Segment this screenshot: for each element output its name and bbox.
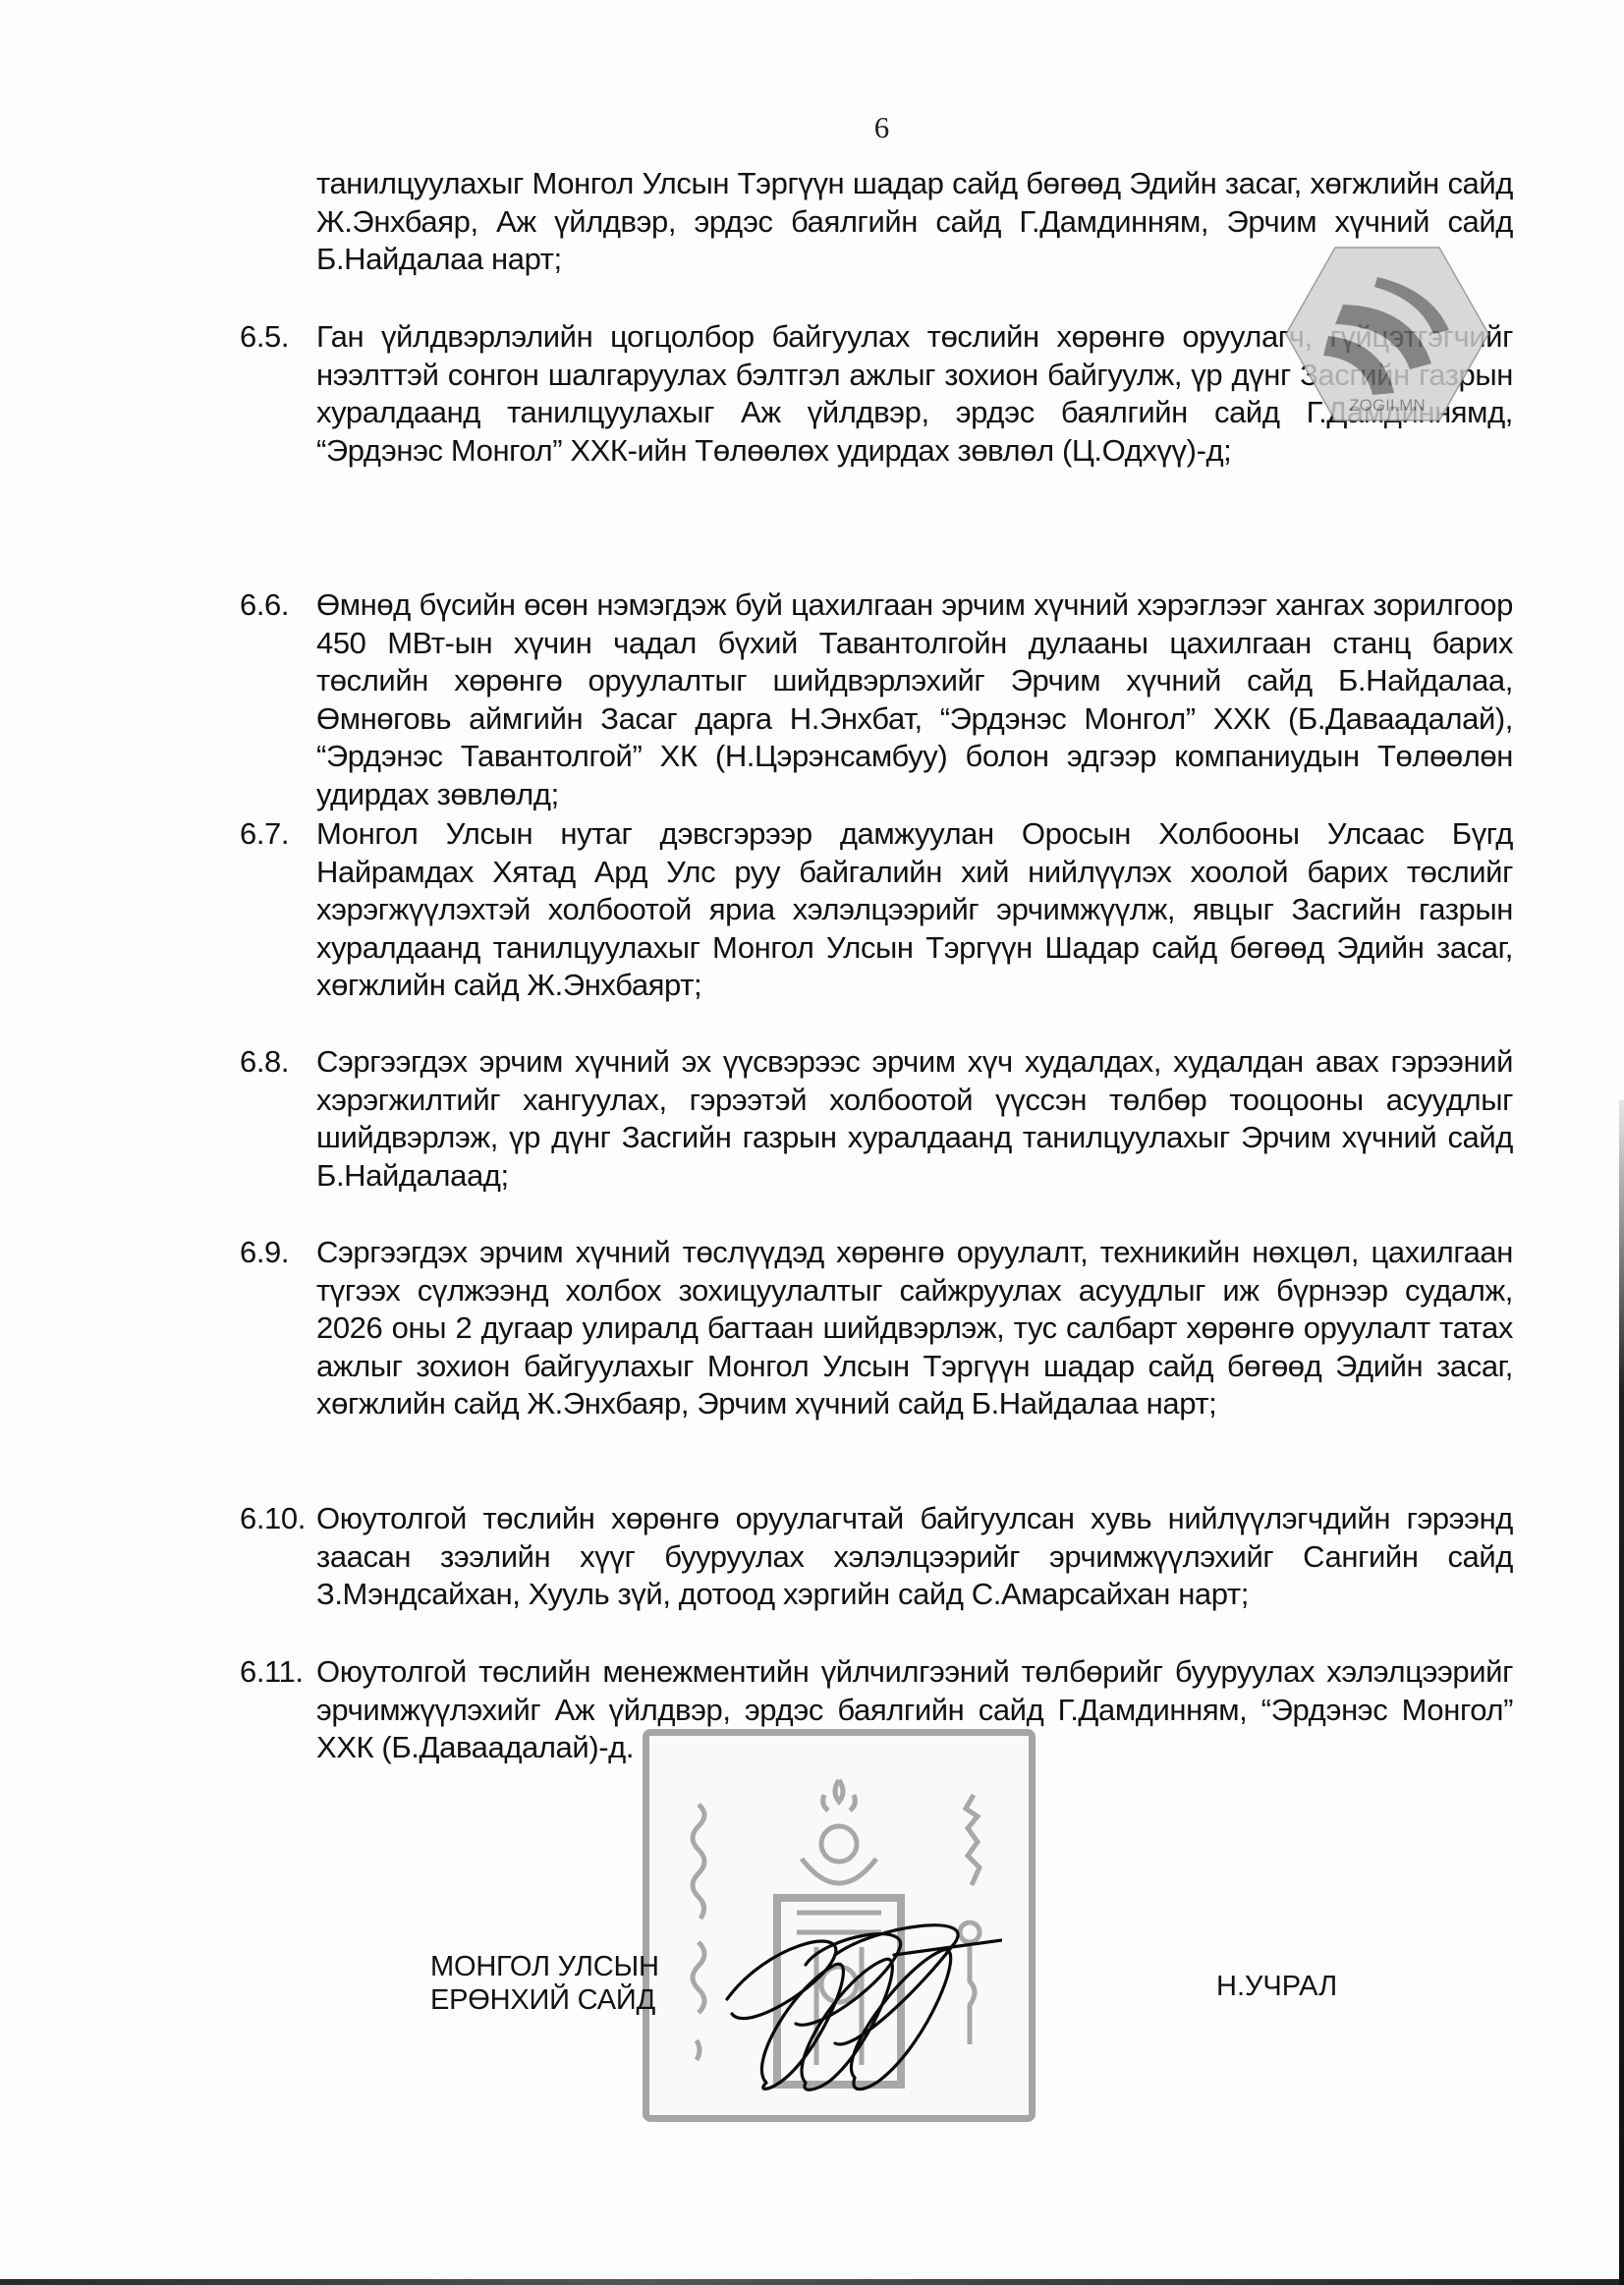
signature-title-line2: ЕРӨНХИЙ САЙД [430,1983,659,2017]
page-number: 6 [0,110,1624,145]
list-item-6-10: 6.10. Оюутолгой төслийн хөрөнгө оруулагч… [240,1500,1513,1614]
item-text: Сэргээгдэх эрчим хүчний эх үүсвэрээс эрч… [316,1043,1513,1195]
watermark-logo: ZOGII.MN [1284,246,1490,422]
item-text: Өмнөд бүсийн өсөн нэмэгдэж буй цахилгаан… [316,586,1513,814]
list-item-6-7: 6.7. Монгол Улсын нутаг дэвсгэрээр дамжу… [240,815,1513,1005]
list-item-6-9: 6.9. Сэргээгдэх эрчим хүчний төслүүдэд х… [240,1234,1513,1423]
document-page: 6 танилцуулахыг Монгол Улсын Тэргүүн шад… [0,0,1624,2285]
item-number: 6.7. [240,815,316,854]
hexagon-logo-icon: ZOGII.MN [1284,246,1490,422]
list-item-6-8: 6.8. Сэргээгдэх эрчим хүчний эх үүсвэрээ… [240,1043,1513,1195]
item-number: 6.10. [240,1500,316,1538]
scan-border-bottom [0,2279,1624,2285]
item-number: 6.5. [240,318,316,357]
item-text: Сэргээгдэх эрчим хүчний төслүүдэд хөрөнг… [316,1234,1513,1423]
list-item-6-6: 6.6. Өмнөд бүсийн өсөн нэмэгдэж буй цахи… [240,586,1513,814]
watermark-label: ZOGII.MN [1349,396,1425,415]
signature-title-line1: МОНГОЛ УЛСЫН [430,1950,659,1983]
signer-name: Н.УЧРАЛ [1216,1971,1337,2003]
item-number: 6.11. [240,1653,316,1692]
item-number: 6.6. [240,586,316,625]
handwritten-signature [688,1906,1002,2102]
item-number: 6.9. [240,1234,316,1272]
scan-border-right [1619,1100,1624,2285]
item-text: Оюутолгой төслийн хөрөнгө оруулагчтай ба… [316,1500,1513,1614]
item-number: 6.8. [240,1043,316,1082]
item-text: Монгол Улсын нутаг дэвсгэрээр дамжуулан … [316,815,1513,1005]
signature-title: МОНГОЛ УЛСЫН ЕРӨНХИЙ САЙД [430,1950,659,2017]
